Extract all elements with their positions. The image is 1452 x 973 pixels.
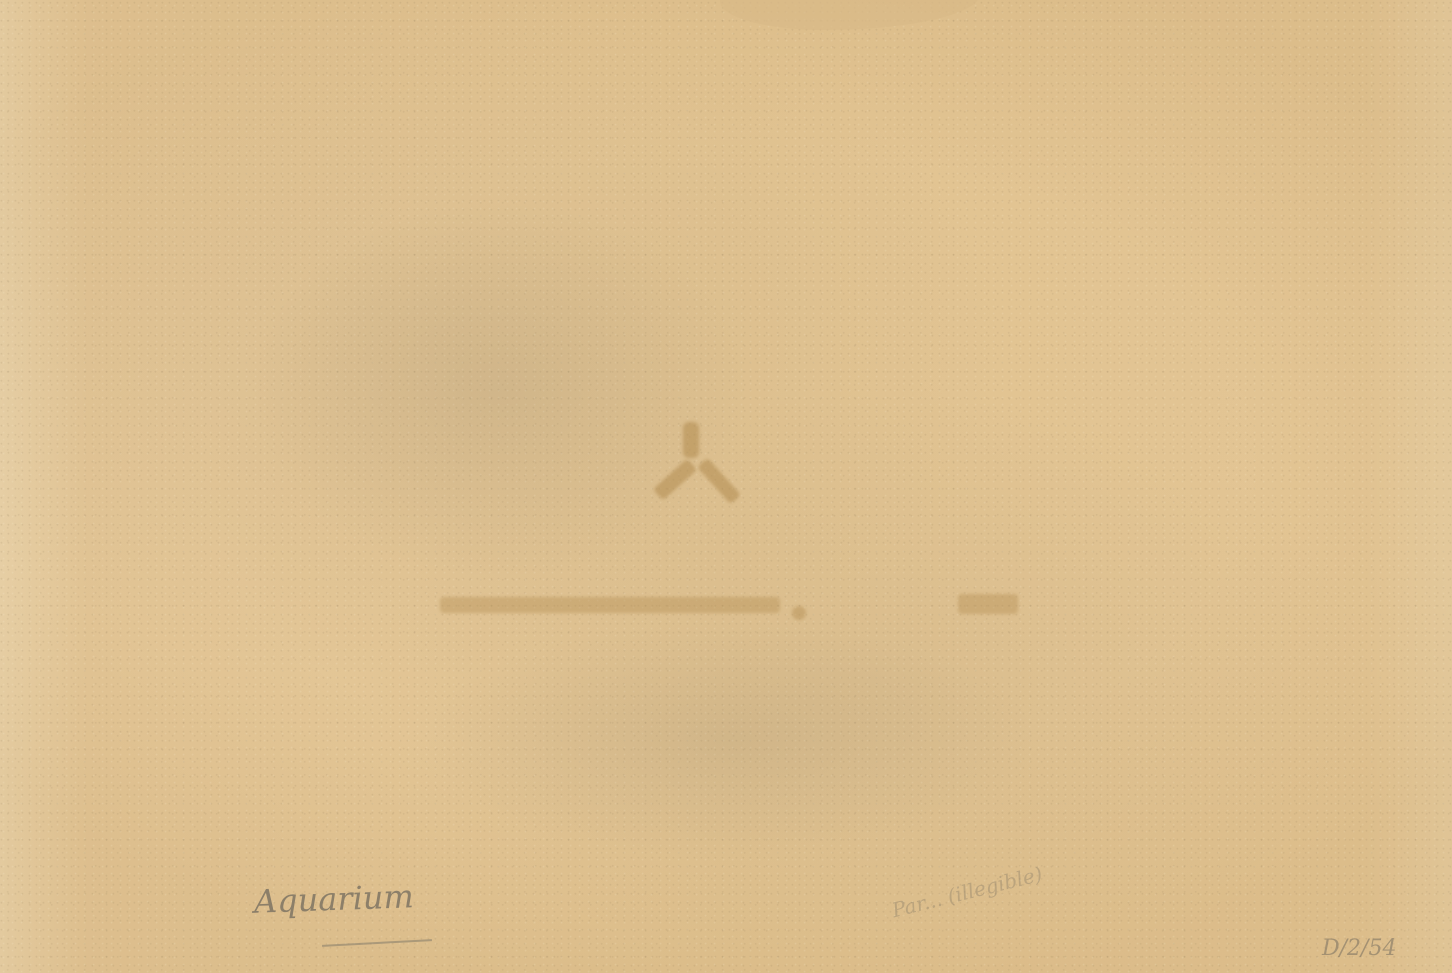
date-inscription: D/2/54: [1322, 936, 1396, 961]
note-inscription: Par... (illegible): [889, 862, 1044, 923]
title-underline: [322, 939, 432, 947]
center-mark-right-arm: [697, 458, 741, 505]
torn-corner-top: [720, 0, 980, 30]
tape-residue-band: [440, 597, 780, 613]
paper-sheet: Aquarium Par... (illegible) D/2/54: [0, 0, 1452, 973]
show-through-shadow: [420, 620, 1040, 860]
tape-residue-dot: [792, 606, 806, 620]
center-mark-stem: [683, 422, 699, 458]
tape-residue-block: [958, 594, 1018, 614]
title-inscription: Aquarium: [253, 877, 414, 921]
show-through-shadow: [250, 200, 750, 580]
center-mark-left-arm: [653, 459, 697, 501]
